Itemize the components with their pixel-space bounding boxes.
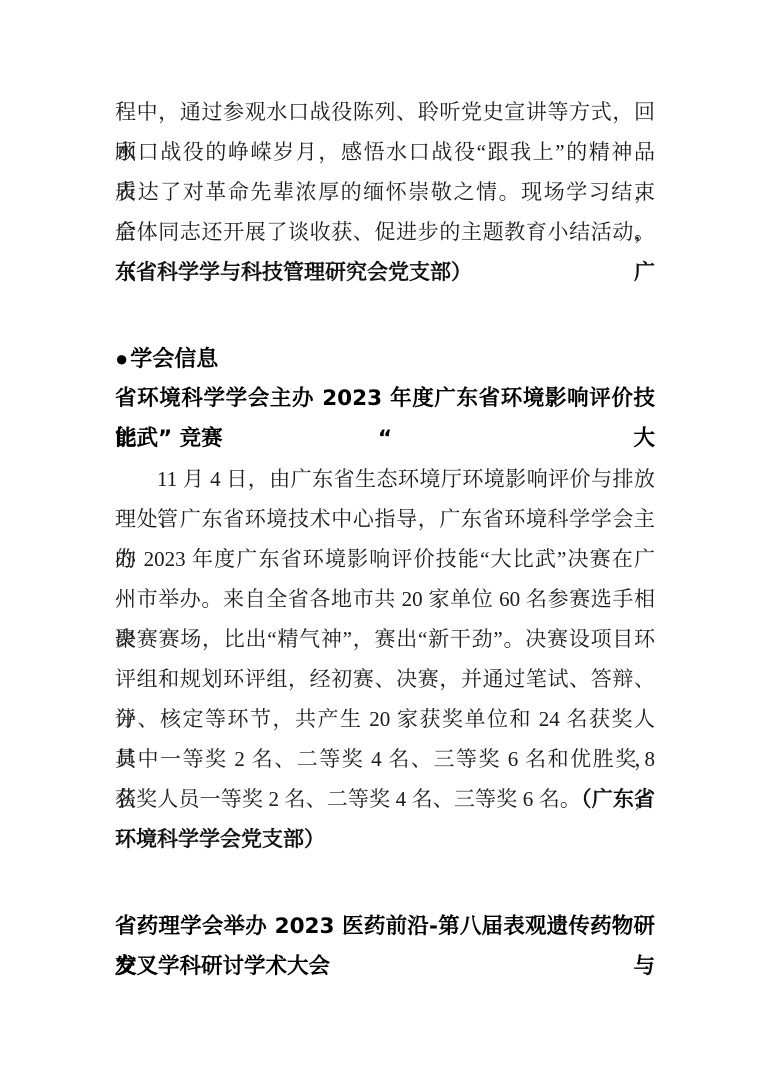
text-line: 评组和规划环评组，经初赛、决赛，并通过笔试、答辩、评: [115, 659, 655, 699]
text-line: 水口战役的峥嵘岁月，感悟水口战役“跟我上”的精神品质，: [115, 132, 655, 172]
article-2-heading: 省药理学会举办 2023 医药前沿-第八届表观遗传药物研发与 交叉学科研讨学术大…: [115, 907, 655, 987]
text-line: 全体同志还开展了谈收获、促进步的主题教育小结活动。（广: [115, 212, 655, 252]
text-line: 其中一等奖 2 名、二等奖 4 名、三等奖 6 名和优胜奖 8 名，: [115, 739, 655, 779]
page-content: 程中，通过参观水口战役陈列、聆听党史宣讲等方式，回顾 水口战役的峥嵘岁月，感悟水…: [0, 0, 770, 987]
text-segment: 全体同志还开展了谈收获、促进步的主题教育小结活动。: [115, 220, 655, 244]
text-line: 决赛赛场，比出“精气神”，赛出“新干劲”。决赛设项目环: [115, 619, 655, 659]
text-line: 表达了对革命先辈浓厚的缅怀崇敬之情。现场学习结束后，: [115, 172, 655, 212]
text-line: 州市举办。来自全省各地市共 20 家单位 60 名参赛选手相聚: [115, 579, 655, 619]
text-line: 分、核定等环节，共产生 20 家获奖单位和 24 名获奖人员，: [115, 699, 655, 739]
text-line: 11 月 4 日，由广东省生态环境厅环境影响评价与排放管: [115, 459, 655, 499]
text-line: 获奖人员一等奖 2 名、二等奖 4 名、三等奖 6 名。（广东省: [115, 779, 655, 819]
text-line: 理处、广东省环境技术中心指导，广东省环境科学学会主办: [115, 499, 655, 539]
section-label: ●学会信息: [115, 339, 655, 379]
text-line: 环境科学学会党支部）: [115, 819, 655, 859]
heading-line: 省环境科学学会主办 2023 年度广东省环境影响评价技能“大: [115, 379, 655, 419]
document-page: 程中，通过参观水口战役陈列、聆听党史宣讲等方式，回顾 水口战役的峥嵘岁月，感悟水…: [0, 0, 770, 1089]
text-segment: 获奖人员一等奖 2 名、二等奖 4 名、三等奖 6 名。: [115, 787, 581, 811]
text-line: 的 2023 年度广东省环境影响评价技能“大比武”决赛在广: [115, 539, 655, 579]
article-1-heading: 省环境科学学会主办 2023 年度广东省环境影响评价技能“大 比武” 竞赛: [115, 379, 655, 459]
heading-line: 省药理学会举办 2023 医药前沿-第八届表观遗传药物研发与: [115, 907, 655, 947]
attribution-segment: 东省科学学与科技管理研究会党支部）: [115, 260, 472, 284]
attribution-segment: 环境科学学会党支部）: [115, 827, 325, 851]
attribution-segment: （广东省: [581, 787, 655, 811]
section-label-text: 学会信息: [130, 346, 218, 371]
bullet-icon: ●: [115, 339, 128, 379]
continuation-paragraph: 程中，通过参观水口战役陈列、聆听党史宣讲等方式，回顾 水口战役的峥嵘岁月，感悟水…: [115, 92, 655, 292]
text-line: 程中，通过参观水口战役陈列、聆听党史宣讲等方式，回顾: [115, 92, 655, 132]
section-label-line: ●学会信息: [115, 339, 655, 379]
article-1-body: 11 月 4 日，由广东省生态环境厅环境影响评价与排放管 理处、广东省环境技术中…: [115, 459, 655, 859]
